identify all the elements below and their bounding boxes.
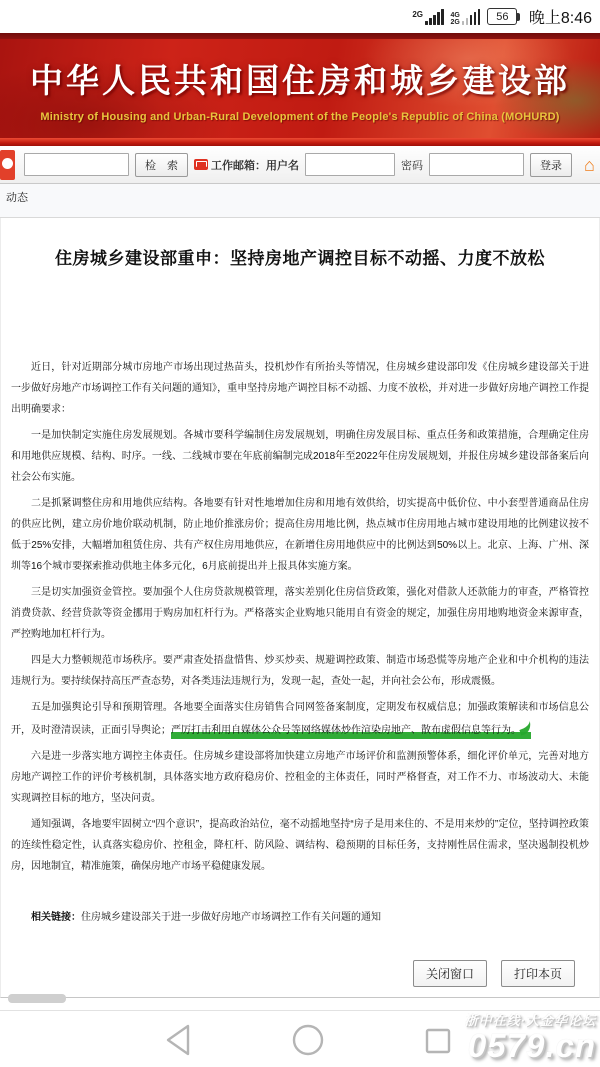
mail-icon — [194, 159, 208, 170]
work-mail-label: 工作邮箱：用户名 — [211, 157, 299, 173]
signal-sim2-bottom-label: 2G — [451, 19, 460, 26]
article-title: 住房城乡建设部重申：坚持房地产调控目标不动摇、力度不放松 — [11, 244, 589, 269]
back-icon[interactable] — [164, 1023, 194, 1057]
paragraph-point-1: 一是加快制定实施住房发展规划。各城市要科学编制住房发展规划，明确住房发展目标、重… — [11, 425, 589, 488]
battery-icon: 56 — [487, 8, 520, 25]
login-button[interactable]: 登录 — [530, 153, 572, 177]
recents-icon[interactable] — [424, 1027, 452, 1055]
breadcrumb-label[interactable]: 动态 — [6, 189, 28, 205]
battery-level: 56 — [496, 11, 508, 23]
username-input[interactable] — [305, 153, 395, 176]
article-container: 住房城乡建设部重申：坚持房地产调控目标不动摇、力度不放松 近日，针对近期部分城市… — [0, 218, 600, 998]
paragraph-point-3: 三是切实加强资金管控。要加强个人住房贷款规模管理，落实差别化住房信贷政策，强化对… — [11, 582, 589, 645]
paragraph-point-2: 二是抓紧调整住房和用地供应结构。各地要有针对性地增加住房和用地有效供给，切实提高… — [11, 493, 589, 577]
related-links-row: 相关链接：住房城乡建设部关于进一步做好房地产市场调控工作有关问题的通知 — [11, 907, 589, 928]
site-toolbar: 检 索 工作邮箱：用户名 密码 登录 ⌂ — [0, 146, 600, 184]
search-button[interactable]: 检 索 — [135, 153, 188, 177]
signal-sim1-icon: 2G — [412, 9, 443, 25]
ministry-subtitle-en: Ministry of Housing and Urban-Rural Deve… — [40, 111, 559, 123]
paragraph-intro: 近日，针对近期部分城市房地产市场出现过热苗头，投机炒作有所抬头等情况，住房城乡建… — [11, 357, 589, 420]
related-link[interactable]: 住房城乡建设部关于进一步做好房地产市场调控工作有关问题的通知 — [81, 912, 381, 923]
home-icon[interactable]: ⌂ — [584, 155, 600, 175]
watermark: 浙中在线·大金华论坛 0579.cn — [465, 1014, 596, 1062]
ministry-title: 中华人民共和国住房和城乡建设部 — [30, 55, 570, 102]
paragraph-point-6: 六是进一步落实地方调控主体责任。住房城乡建设部将加快建立房地产市场评价和监测预警… — [11, 746, 589, 809]
watermark-forum-name: 浙中在线·大金华论坛 — [465, 1014, 596, 1027]
article-buttons: 关闭窗口 打印本页 — [11, 960, 589, 987]
watermark-site-url: 0579.cn — [465, 1029, 596, 1062]
status-bar: 2G 4G 2G 56 晚上8:46 — [0, 0, 600, 33]
close-window-button[interactable]: 关闭窗口 — [413, 960, 487, 987]
signal-sim2-icon: 4G 2G — [451, 9, 481, 25]
paragraph-conclusion: 通知强调，各地要牢固树立“四个意识”，提高政治站位，毫不动摇地坚持“房子是用来住… — [11, 814, 589, 877]
password-input[interactable] — [429, 153, 524, 176]
ministry-banner: 中华人民共和国住房和城乡建设部 Ministry of Housing and … — [0, 33, 600, 146]
home-circle-icon[interactable] — [291, 1023, 325, 1057]
paragraph-point-5: 五是加强舆论引导和预期管理。各地要全面落实住房销售合同网签备案制度，定期发布权威… — [11, 697, 589, 741]
print-page-button[interactable]: 打印本页 — [501, 960, 575, 987]
signal-sim1-label: 2G — [412, 11, 423, 19]
site-logo-icon — [0, 150, 15, 180]
horizontal-scrollbar-thumb[interactable] — [8, 994, 66, 1003]
green-marker-highlight: 严厉打击利用自媒体公众号等网络媒体炒作渲染房地产、散布虚假信息等行为。 — [171, 725, 531, 739]
signal-sim2-top-label: 4G — [451, 12, 460, 19]
android-nav-bar: 浙中在线·大金华论坛 0579.cn — [0, 1010, 600, 1067]
article-body: 近日，针对近期部分城市房地产市场出现过热苗头，投机炒作有所抬头等情况，住房城乡建… — [11, 357, 589, 877]
search-input[interactable] — [24, 153, 129, 176]
paragraph-point-4: 四是大力整顿规范市场秩序。要严肃查处捂盘惜售、炒买炒卖、规避调控政策、制造市场恐… — [11, 650, 589, 692]
password-label: 密码 — [401, 157, 423, 173]
clock-time: 晚上8:46 — [529, 5, 592, 28]
related-links-label: 相关链接： — [31, 912, 81, 923]
banner-bottom-strip — [0, 138, 600, 146]
breadcrumb: 动态 — [0, 184, 600, 218]
